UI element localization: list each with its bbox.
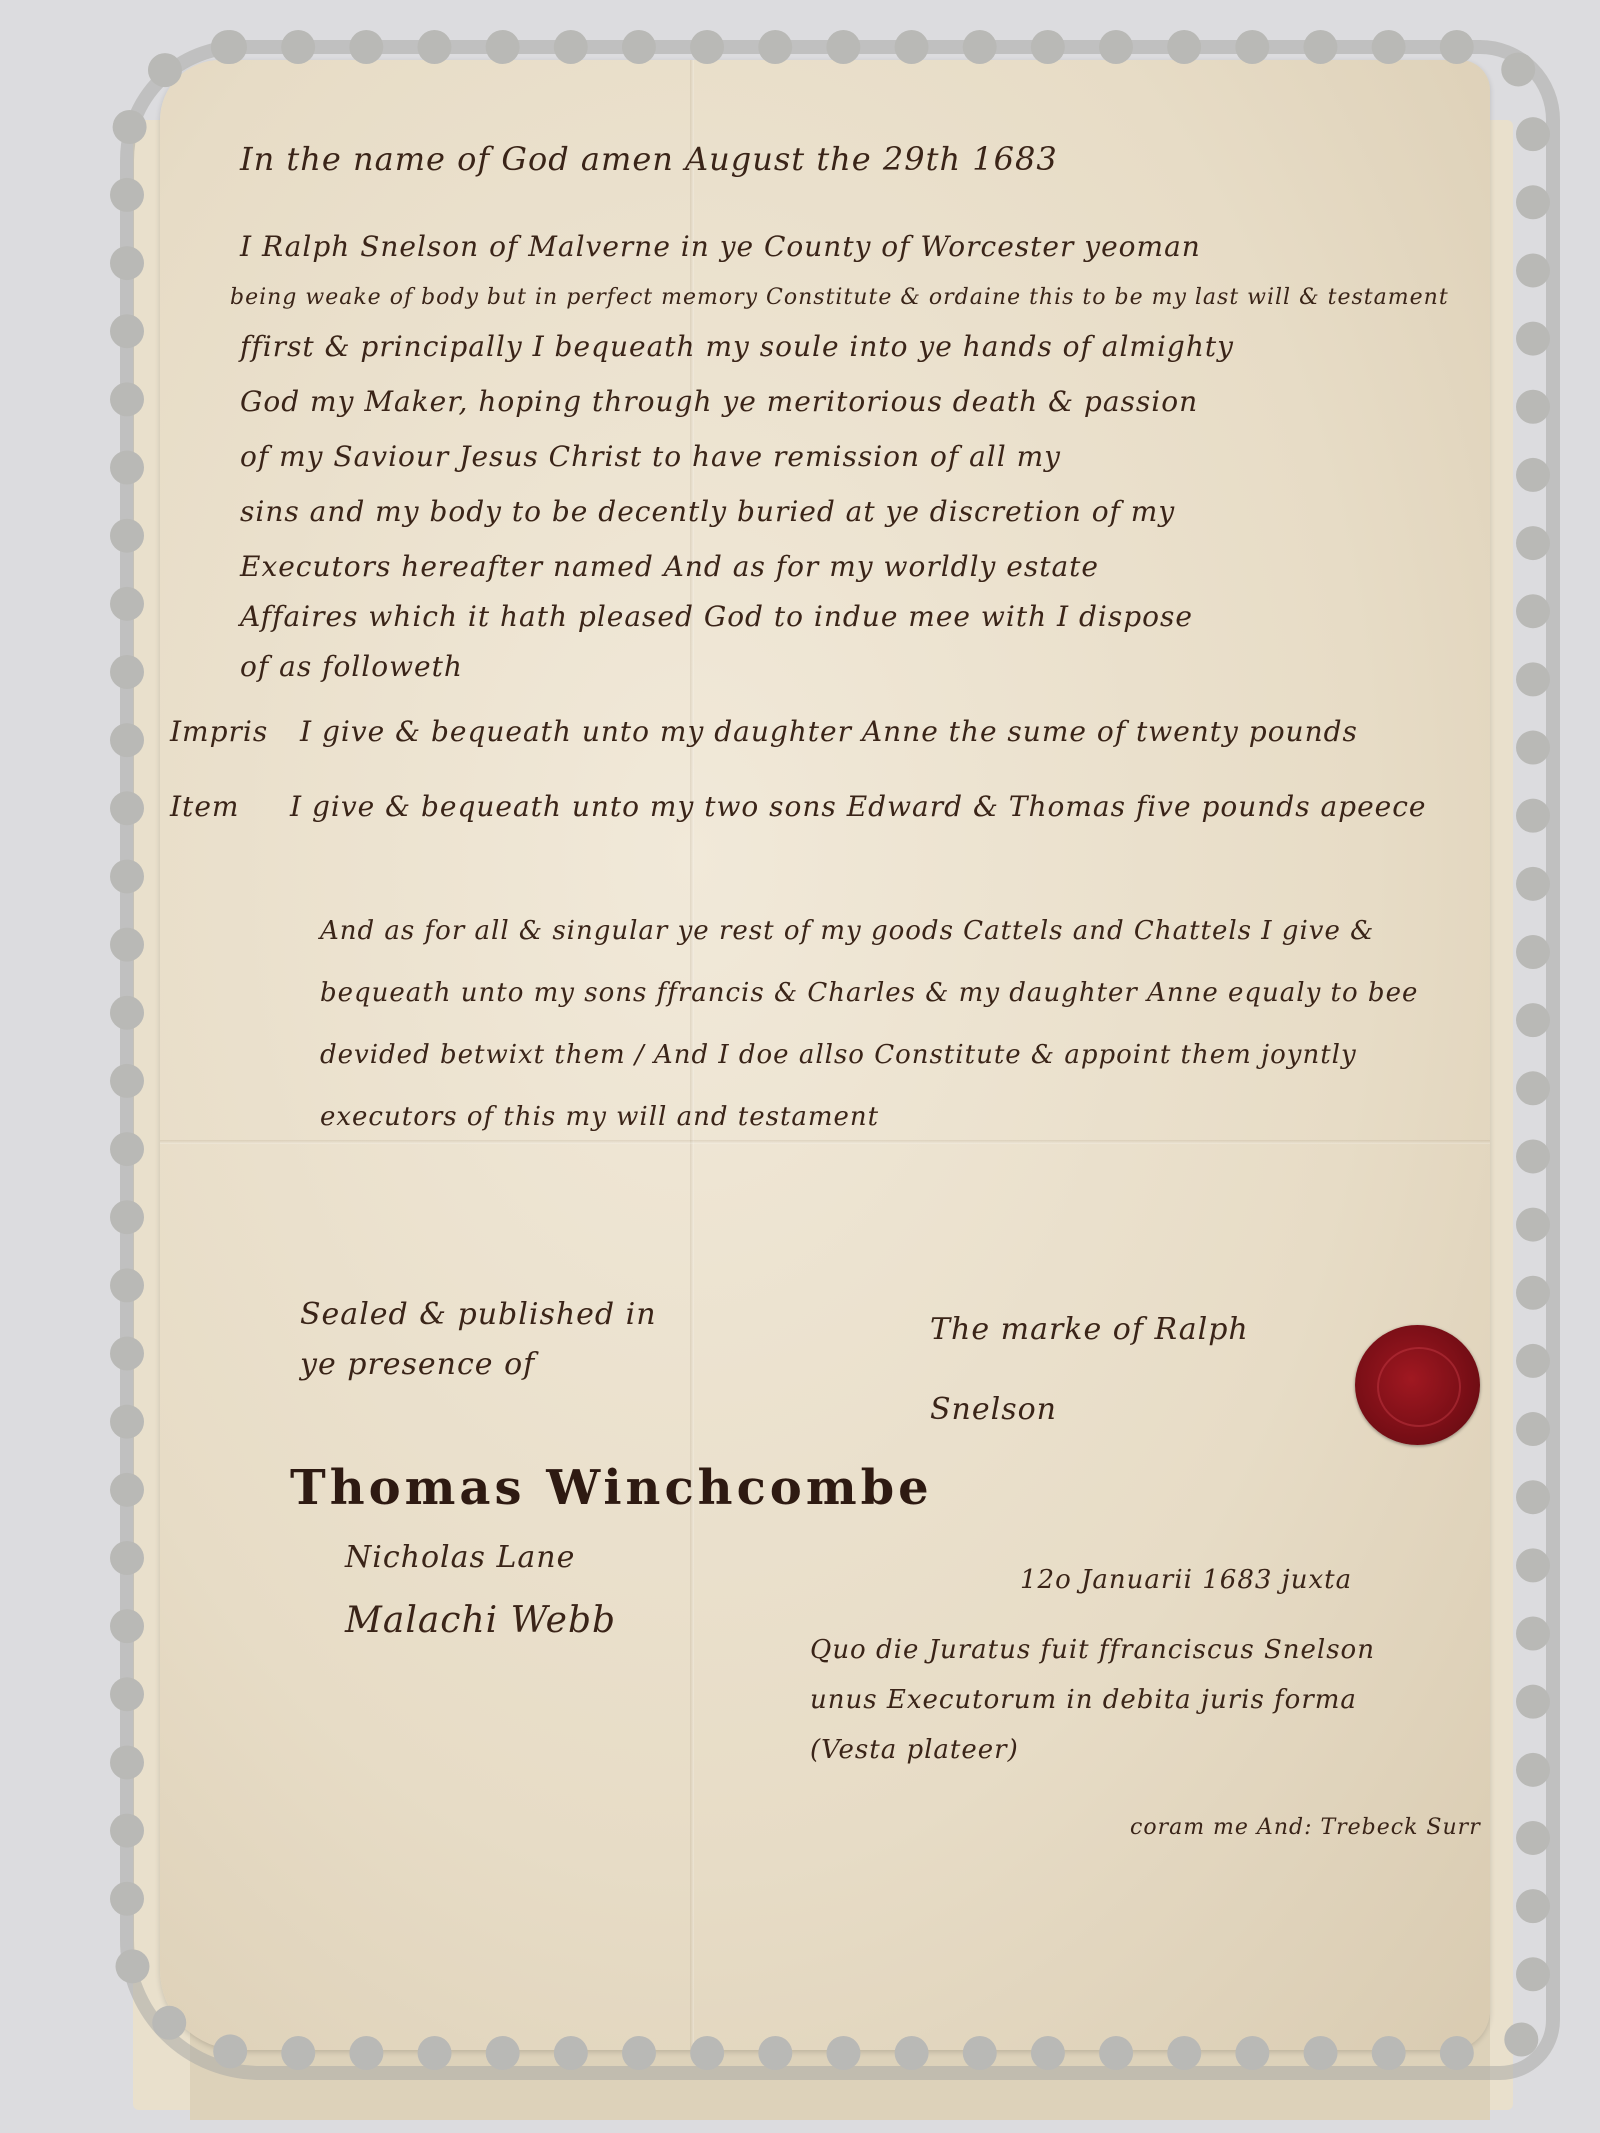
probate-clerk: coram me And: Trebeck Surr	[1130, 1815, 1481, 1840]
body-line: Affaires which it hath pleased God to in…	[240, 600, 1193, 633]
body-line: I Ralph Snelson of Malverne in ye County…	[240, 230, 1201, 263]
body-line: being weake of body but in perfect memor…	[230, 285, 1449, 310]
bequest-marker: Impris	[170, 715, 268, 748]
probate-text: Quo die Juratus fuit ffranciscus Snelson…	[810, 1625, 1450, 1775]
seal-impression	[1377, 1347, 1461, 1427]
witness-label: Sealed & published in ye presence of	[300, 1290, 680, 1390]
body-line: Executors hereafter named And as for my …	[240, 550, 1099, 583]
witness-signature: Thomas Winchcombe	[290, 1460, 933, 1516]
witness-signature: Nicholas Lane	[345, 1540, 575, 1575]
wax-seal	[1355, 1325, 1480, 1445]
probate-date: 12o Januarii 1683 juxta	[1020, 1565, 1352, 1595]
body-line: of as followeth	[240, 650, 463, 683]
bequest-marker: Item	[170, 790, 239, 823]
witness-signature: Malachi Webb	[345, 1600, 616, 1641]
body-line: of my Saviour Jesus Christ to have remis…	[240, 440, 1061, 473]
bequest-text: I give & bequeath unto my daughter Anne …	[300, 715, 1358, 748]
body-line: God my Maker, hoping through ye meritori…	[240, 385, 1198, 418]
body-line: ffirst & principally I bequeath my soule…	[240, 330, 1234, 363]
bequest-text: And as for all & singular ye rest of my …	[320, 900, 1470, 1148]
heading: In the name of God amen August the 29th …	[240, 140, 1058, 178]
testator-mark: The marke of Ralph Snelson	[930, 1290, 1310, 1450]
body-line: sins and my body to be decently buried a…	[240, 495, 1175, 528]
bequest-text: I give & bequeath unto my two sons Edwar…	[290, 790, 1427, 823]
